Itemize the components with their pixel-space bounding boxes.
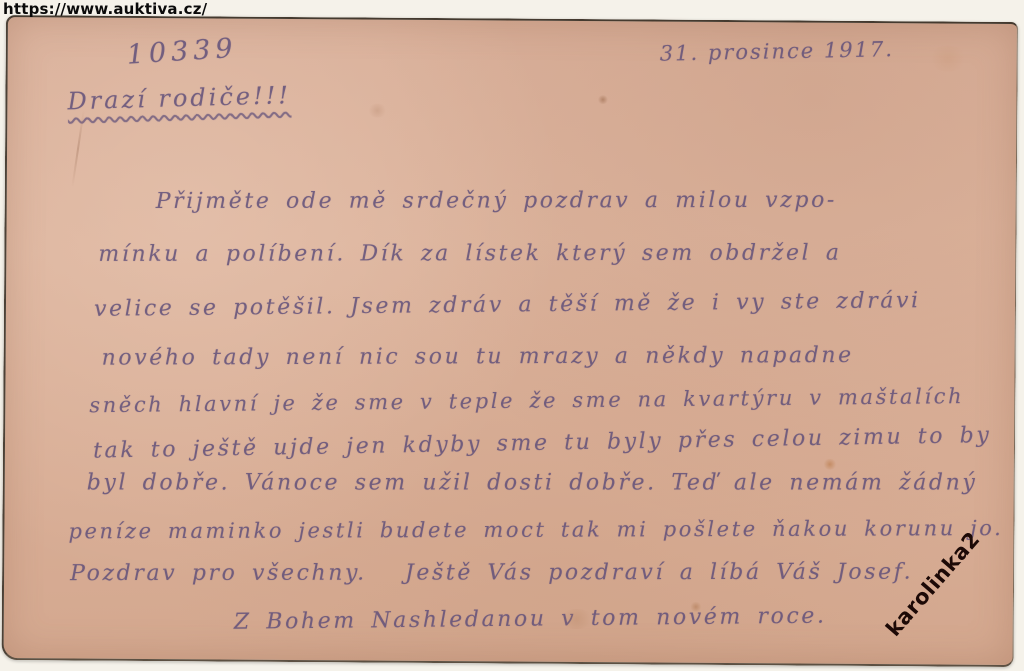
site-url-overlay: https://www.auktiva.cz/ (3, 0, 207, 18)
paper-stain (823, 459, 837, 470)
handwritten-line: velice se potěšil. Jsem zdráv a těší mě … (94, 288, 921, 322)
letter-body: Přijměte ode mě srdečný pozdrav a milou … (8, 17, 1017, 24)
paper-stain (367, 104, 387, 118)
date-line: 31. prosince 1917. (660, 37, 895, 65)
handwritten-line: mínku a políbení. Dík za lístek který se… (98, 241, 841, 267)
handwritten-line: sněch hlavní je že sme v teple že sme na… (89, 384, 964, 417)
handwritten-line: Pozdrav pro všechny. Ještě Vás pozdraví … (70, 560, 913, 586)
handwritten-line: peníze maminko jestli budete moct tak mi… (68, 516, 1003, 543)
handwritten-line: nového tady není nic sou tu mrazy a někd… (102, 343, 854, 371)
handwritten-line: Z Bohem Nashledanou v tom novém roce. (234, 604, 827, 635)
handwritten-line: Přijměte ode mě srdečný pozdrav a milou … (156, 188, 837, 214)
handwritten-line: tak to ještě ujde jen kdyby sme tu byly … (93, 423, 992, 464)
handwritten-line: byl dobře. Vánoce sem užil dosti dobře. … (87, 471, 978, 496)
paper-stain (928, 45, 968, 71)
paper-crease (71, 110, 84, 187)
salutation: Drazí rodiče!!! (67, 81, 291, 115)
postcard-scan: 10339 31. prosince 1917. Drazí rodiče!!!… (1, 15, 1017, 667)
catalog-number: 10339 (126, 33, 239, 71)
paper-stain (597, 95, 608, 104)
